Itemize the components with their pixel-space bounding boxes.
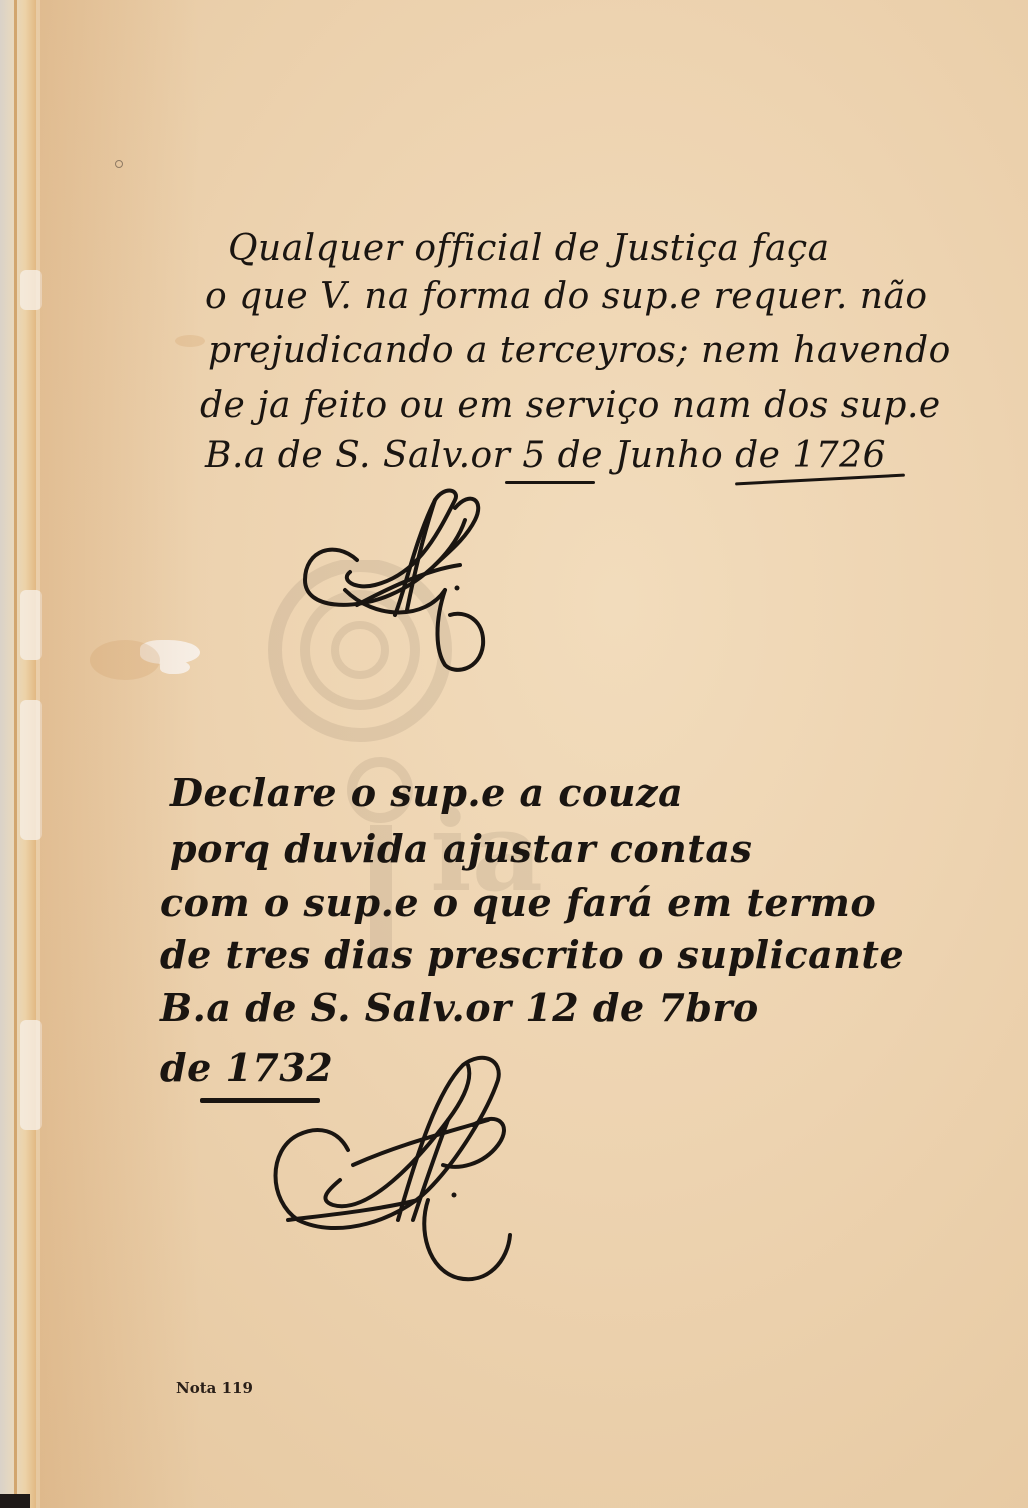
age-stain [90,640,160,680]
handwritten-line: com o sup.e o que fará em termo [160,880,876,925]
age-stain [40,0,200,1508]
note-label: Nota 119 [176,1379,253,1397]
spine-wear [20,1020,42,1130]
binding-crease [14,0,17,1508]
handwritten-line: Declare o sup.e a couza [170,770,683,815]
paper-mark [115,160,123,168]
spine-wear [20,270,42,310]
handwritten-line: B.a de S. Salv.or 12 de 7bro [160,985,759,1030]
scan-corner [0,1494,30,1508]
handwritten-line: prejudicando a terceyros; nem havendo [208,330,951,371]
signature-rubrica-icon [295,480,495,680]
document-page: ia Qualquer official de Justiça faça o q… [0,0,1028,1508]
handwritten-line: de tres dias prescrito o suplicante [160,932,904,977]
spine-wear [20,590,42,660]
signature-rubrica-icon [258,1050,528,1290]
handwritten-line: o que V. na forma do sup.e requer. não [205,276,928,317]
handwritten-line: Qualquer official de Justiça faça [228,228,830,269]
spine-wear [20,700,42,840]
age-stain [175,335,205,347]
date-underline [505,481,595,484]
handwritten-line: de ja feito ou em serviço nam dos sup.e [200,385,941,426]
handwritten-line: B.a de S. Salv.or 5 de Junho de 1726 [205,435,886,476]
handwritten-line: porq duvida ajustar contas [170,826,752,871]
